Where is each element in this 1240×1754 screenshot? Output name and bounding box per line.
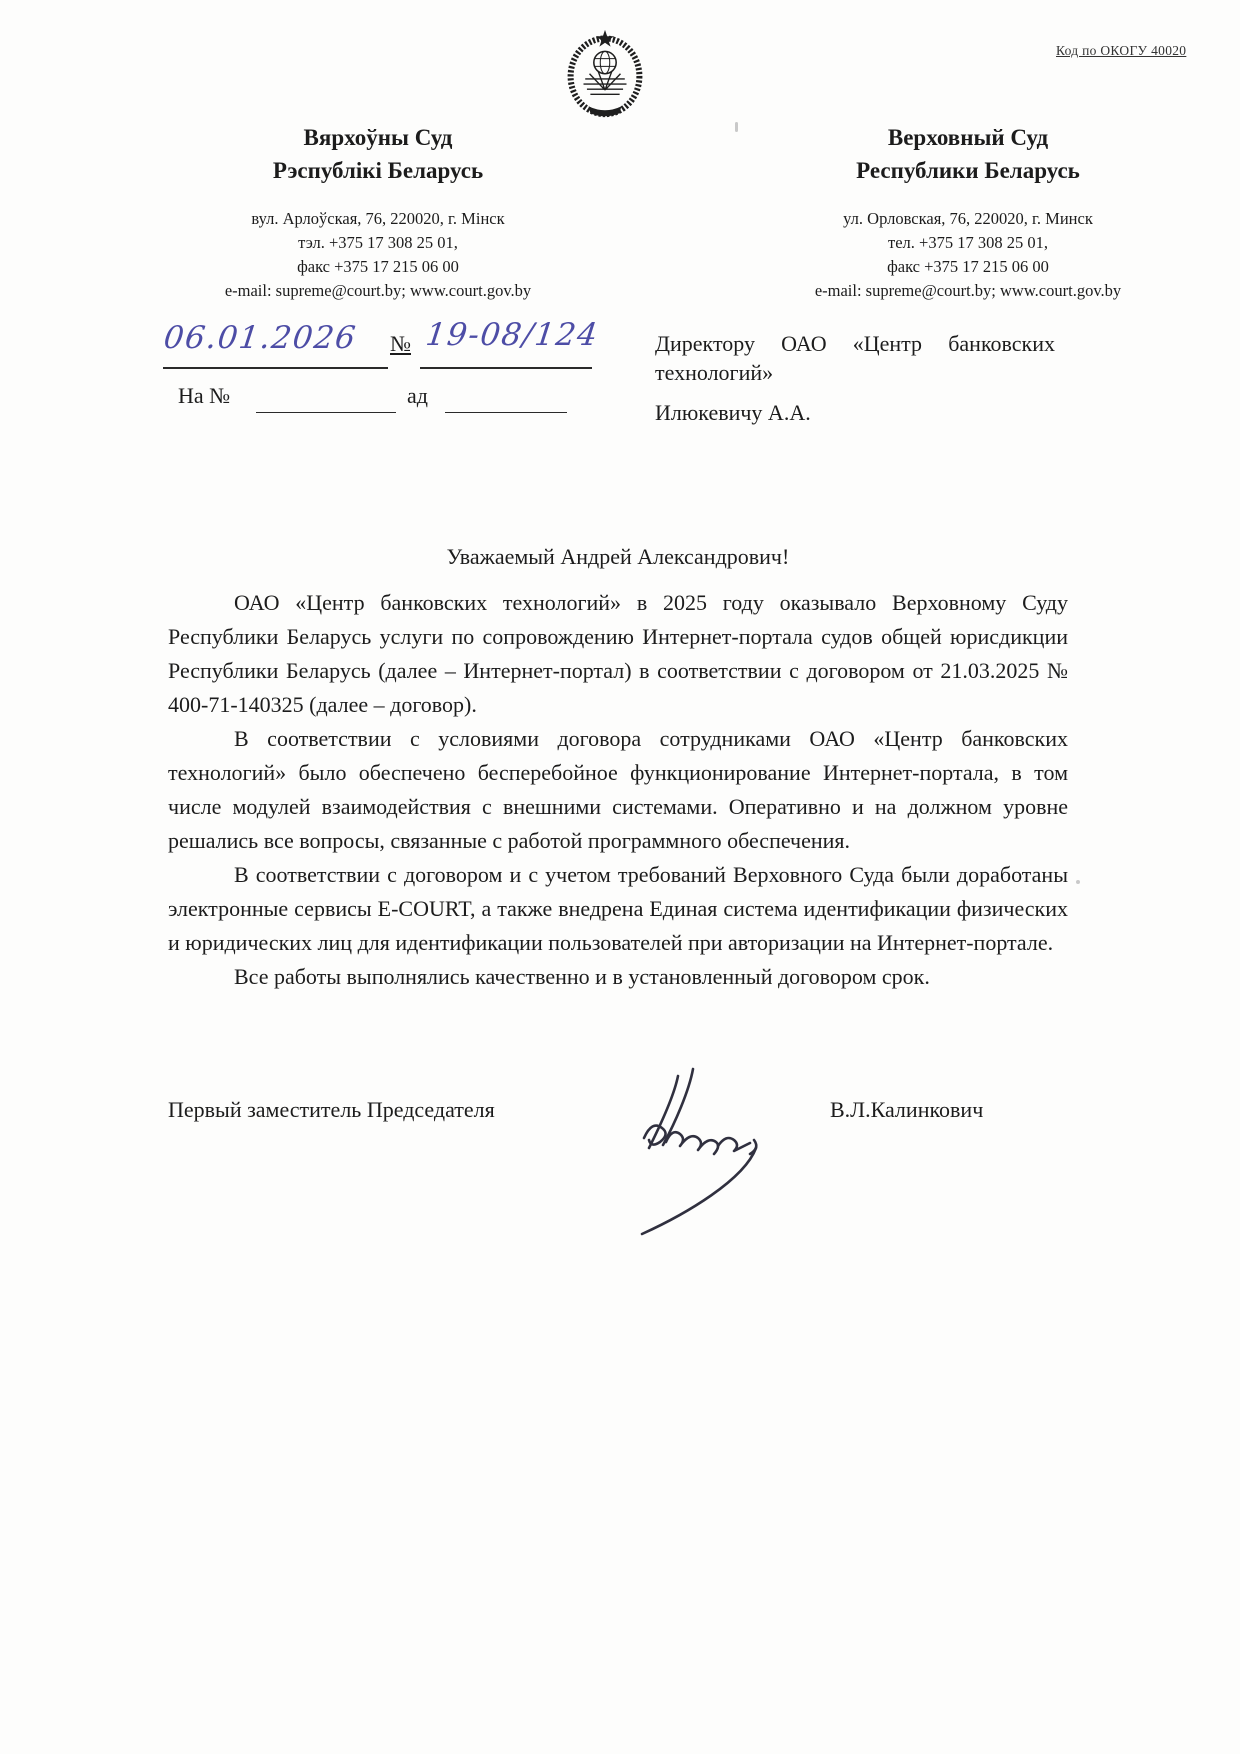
recipient-name: Илюкевичу А.А. bbox=[655, 398, 1055, 427]
paragraph-4: Все работы выполнялись качественно и в у… bbox=[168, 960, 1068, 994]
org-address-ru-email: e-mail: supreme@court.by; www.court.gov.… bbox=[762, 279, 1174, 303]
scanned-letter-page: Код по ОКОГУ 40020 Вярхоўны Суд Рэспублі… bbox=[0, 0, 1240, 1754]
org-name-by-line2: Рэспублікі Беларусь bbox=[172, 155, 584, 188]
org-address-by: вул. Арлоўская, 76, 220020, г. Мінск тэл… bbox=[172, 207, 584, 302]
outgoing-date-handwritten: 06.01.2026 bbox=[162, 320, 359, 356]
reply-to-number-label: На № bbox=[178, 383, 230, 409]
salutation: Уважаемый Андрей Александрович! bbox=[168, 544, 1068, 570]
reply-date-underline bbox=[445, 412, 567, 413]
scan-artifact-mark bbox=[735, 122, 738, 132]
reply-number-underline bbox=[256, 412, 396, 413]
signer-name: В.Л.Калинкович bbox=[830, 1097, 983, 1123]
header-org-russian: Верховный Суд Республики Беларусь ул. Ор… bbox=[762, 122, 1174, 302]
org-address-by-street: вул. Арлоўская, 76, 220020, г. Мінск bbox=[172, 207, 584, 231]
paragraph-1: ОАО «Центр банковских технологий» в 2025… bbox=[168, 586, 1068, 722]
belarus-coat-of-arms-icon bbox=[562, 26, 648, 118]
org-name-by: Вярхоўны Суд Рэспублікі Беларусь bbox=[172, 122, 584, 187]
outgoing-number-handwritten: 19-08/124 bbox=[424, 317, 601, 353]
org-address-by-fax: факс +375 17 215 06 00 bbox=[172, 255, 584, 279]
org-address-ru-fax: факс +375 17 215 06 00 bbox=[762, 255, 1174, 279]
org-name-ru: Верховный Суд Республики Беларусь bbox=[762, 122, 1174, 187]
paragraph-3: В соответствии с договором и с учетом тр… bbox=[168, 858, 1068, 960]
recipient-block: Директору ОАО «Центр банковских технолог… bbox=[655, 329, 1055, 427]
number-sign-label: № bbox=[390, 331, 411, 357]
recipient-title: Директору ОАО «Центр банковских технолог… bbox=[655, 329, 1055, 388]
signer-position: Первый заместитель Председателя bbox=[168, 1097, 495, 1123]
reply-from-date-label: ад bbox=[407, 383, 428, 409]
header-org-belarusian: Вярхоўны Суд Рэспублікі Беларусь вул. Ар… bbox=[172, 122, 584, 302]
paragraph-2: В соответствии с условиями договора сотр… bbox=[168, 722, 1068, 858]
letter-body: ОАО «Центр банковских технологий» в 2025… bbox=[168, 586, 1068, 994]
org-address-ru-phone: тел. +375 17 308 25 01, bbox=[762, 231, 1174, 255]
scan-artifact-dot bbox=[1076, 880, 1080, 884]
org-name-ru-line1: Верховный Суд bbox=[762, 122, 1174, 155]
org-address-by-email: e-mail: supreme@court.by; www.court.gov.… bbox=[172, 279, 584, 303]
org-address-ru: ул. Орловская, 76, 220020, г. Минск тел.… bbox=[762, 207, 1174, 302]
handwritten-signature-icon bbox=[586, 1054, 800, 1250]
org-name-by-line1: Вярхоўны Суд bbox=[172, 122, 584, 155]
number-underline bbox=[420, 367, 592, 369]
org-address-ru-street: ул. Орловская, 76, 220020, г. Минск bbox=[762, 207, 1174, 231]
okogu-code: Код по ОКОГУ 40020 bbox=[1056, 43, 1186, 59]
org-address-by-phone: тэл. +375 17 308 25 01, bbox=[172, 231, 584, 255]
org-name-ru-line2: Республики Беларусь bbox=[762, 155, 1174, 188]
date-underline bbox=[163, 367, 388, 369]
